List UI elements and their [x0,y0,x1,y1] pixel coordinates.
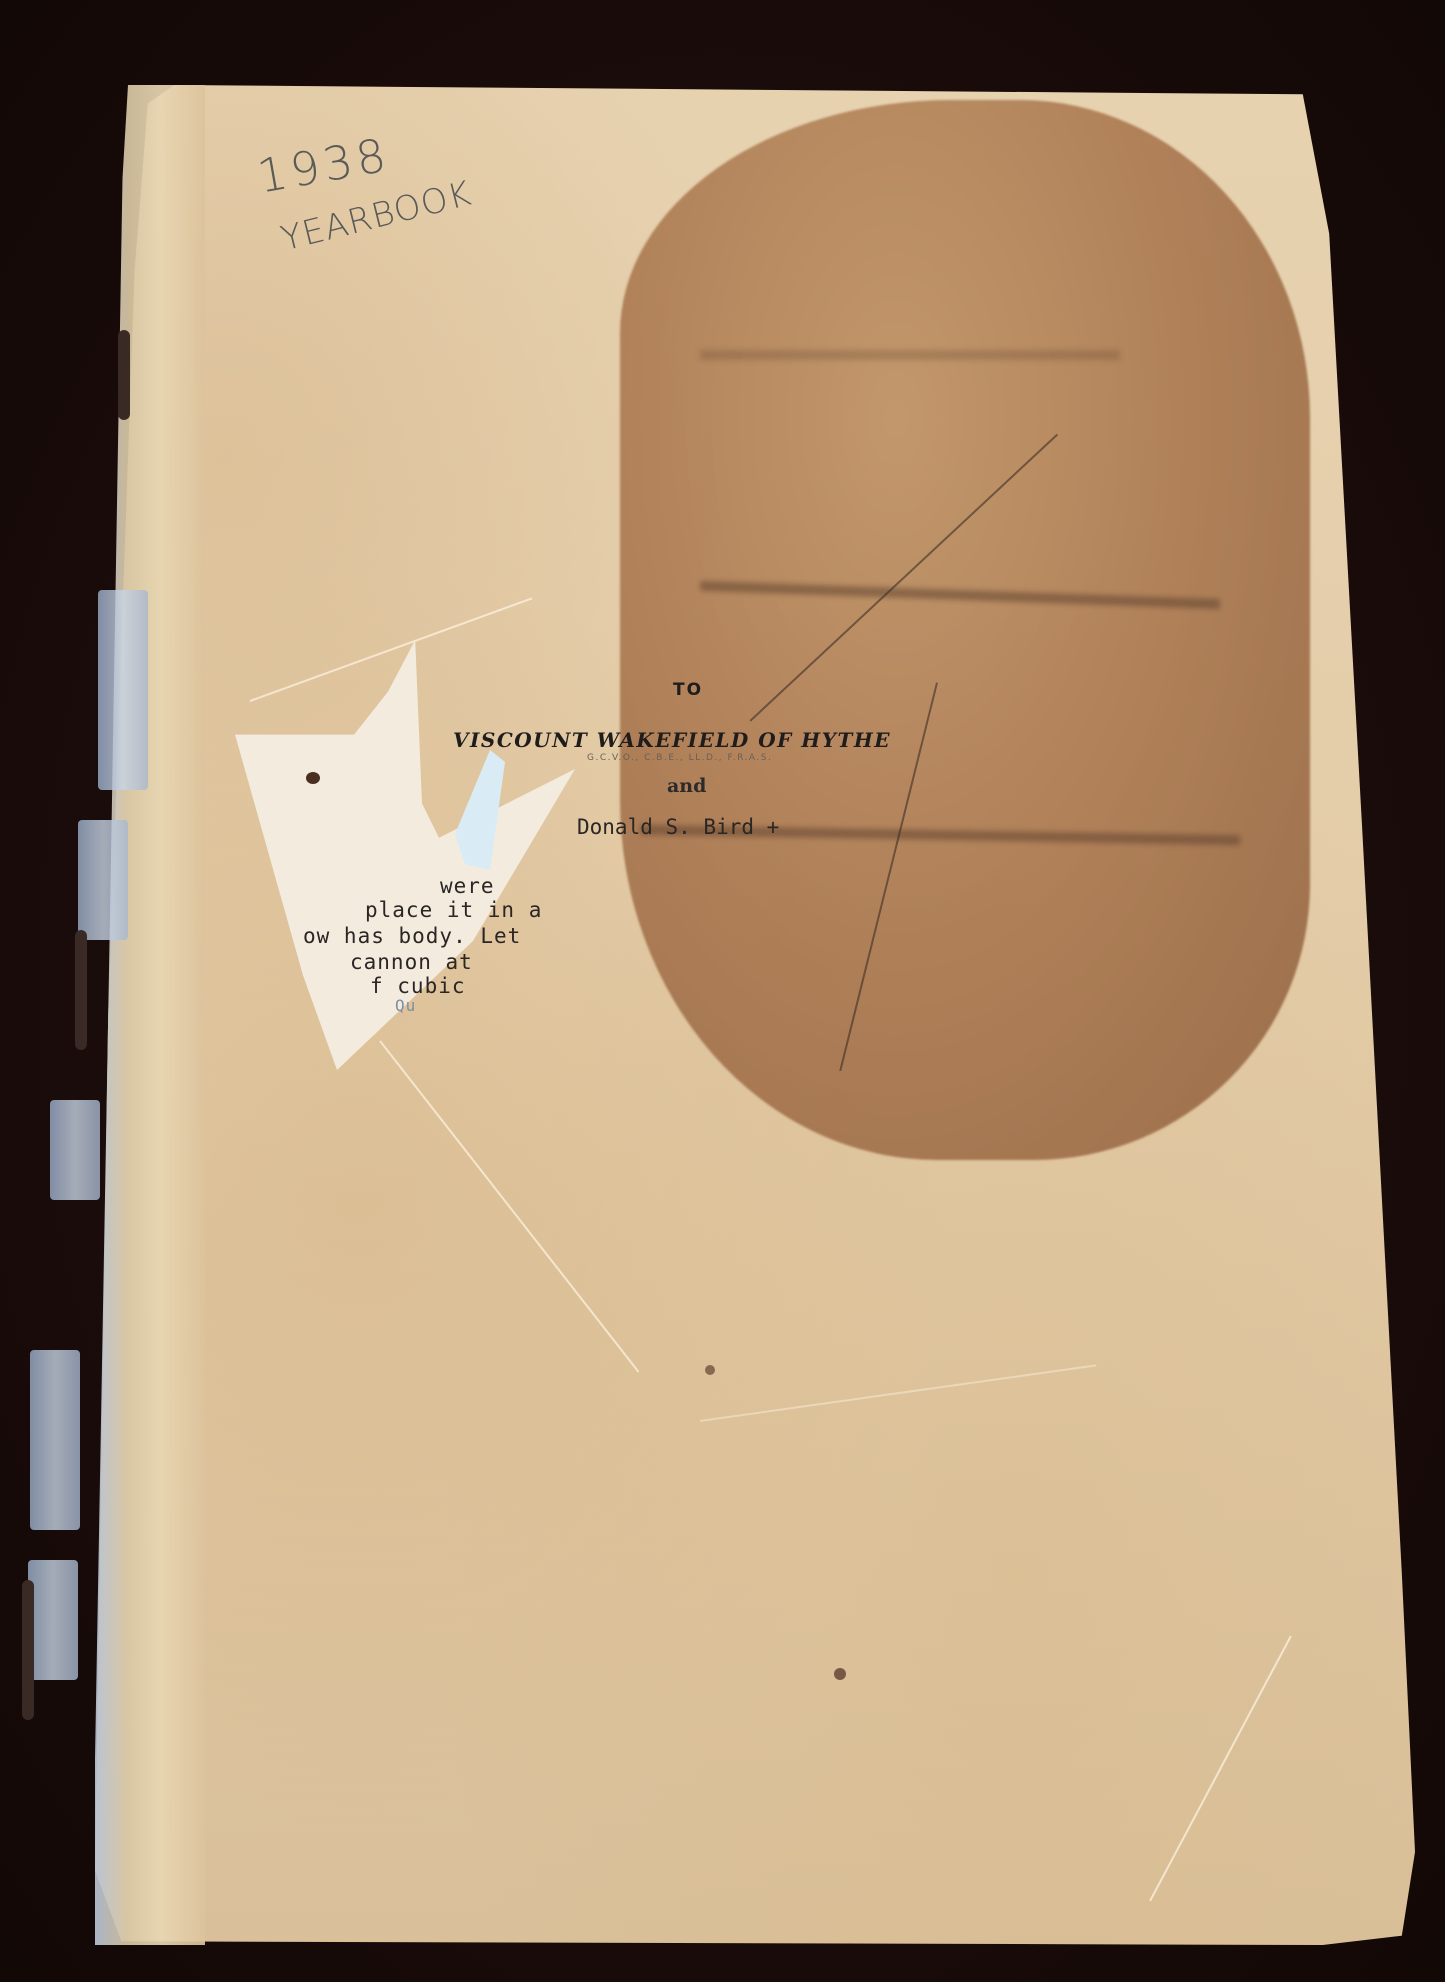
booklet: were place it in a ow has body. Let cann… [0,0,1445,1982]
dedication-second-name: Donald S. Bird + [577,815,779,839]
dedication-and: and [667,775,706,797]
binding-slot [75,930,87,1050]
spine-tape [50,1100,100,1200]
ink-spot [834,1668,846,1680]
spine-tape [30,1350,80,1530]
ink-spot [705,1365,715,1375]
binding-slot [118,330,130,420]
torn-page-text-line: f cubic [370,974,466,998]
spine-tape [98,590,148,790]
dedication-name: VISCOUNT WAKEFIELD OF HYTHE [453,728,891,752]
spine-tape [78,820,128,940]
torn-page-text-line: Qu [395,996,416,1015]
ink-spot [306,772,320,784]
binding-slot [22,1580,34,1720]
torn-page-text-line: cannon at [350,950,473,974]
torn-page-text-line: place it in a [365,898,542,922]
spine-tape [28,1560,78,1680]
water-stain [620,100,1310,1160]
torn-page-text-line: were [440,874,495,898]
dedication-honours: G.C.V.O., C.B.E., LL.D., F.R.A.S. [587,753,772,763]
stain-tide-line [700,350,1120,360]
torn-page-text-line: ow has body. Let [303,924,521,948]
dedication-to: TO [673,680,703,700]
booklet-spine [95,85,205,1945]
